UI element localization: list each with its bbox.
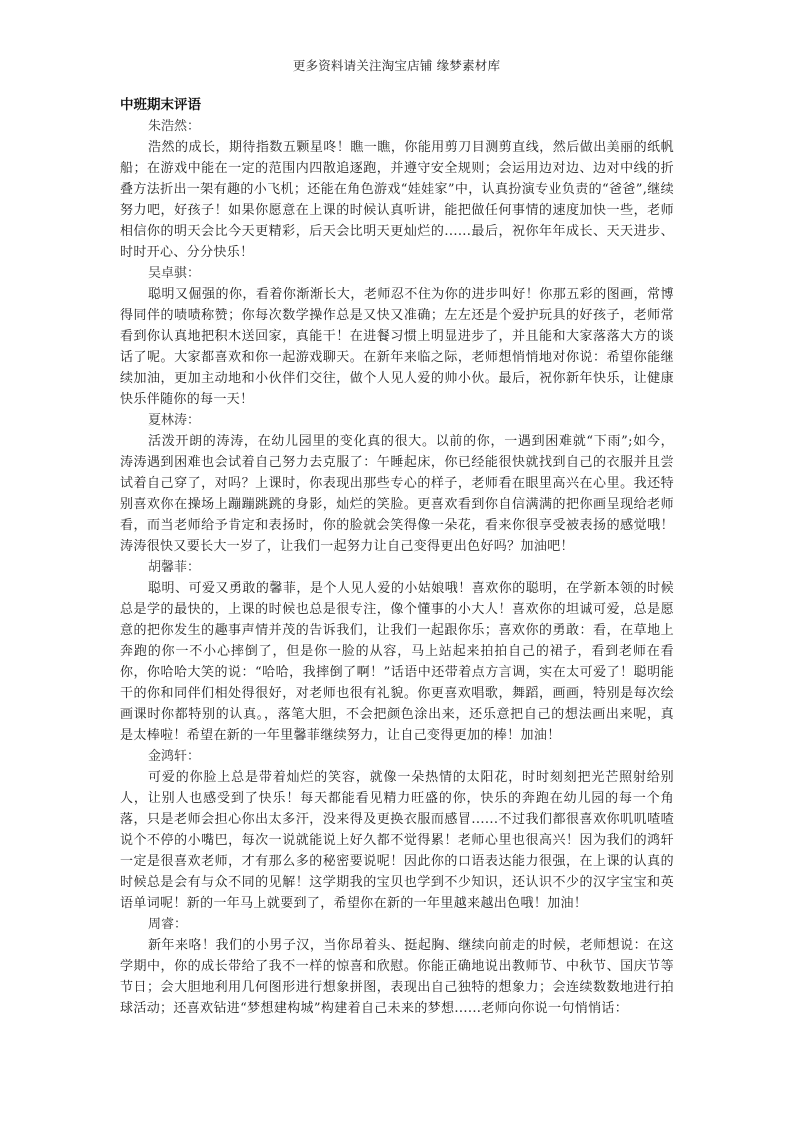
student-comment: 可爱的你脸上总是带着灿烂的笑容，就像一朵热情的太阳花，时时刻刻把光芒照射给别人，… — [120, 767, 674, 914]
student-name: 金鸿轩： — [120, 746, 674, 767]
student-name: 吴卓骐： — [120, 263, 674, 284]
student-name: 胡馨菲： — [120, 557, 674, 578]
student-name: 夏林涛： — [120, 410, 674, 431]
student-comment: 聪明、可爱又勇敢的馨菲，是个人见人爱的小姑娘哦！喜欢你的聪明，在学新本领的时候总… — [120, 578, 674, 746]
student-comment: 新年来咯！我们的小男子汉，当你昂着头、挺起胸、继续向前走的时候，老师想说：在这学… — [120, 935, 674, 1019]
document-body: 中班期末评语 朱浩然： 浩然的成长，期待指数五颗星咚！瞧一瞧，你能用剪刀目测剪直… — [120, 95, 674, 1019]
student-name: 朱浩然： — [120, 116, 674, 137]
page-header: 更多资料请关注淘宝店铺 缘梦素材库 — [0, 56, 793, 74]
student-comment: 浩然的成长，期待指数五颗星咚！瞧一瞧，你能用剪刀目测剪直线，然后做出美丽的纸帆船… — [120, 137, 674, 263]
student-name: 周睿： — [120, 914, 674, 935]
student-comment: 聪明又倔强的你，看着你渐渐长大，老师忍不住为你的进步叫好！你那五彩的图画，常博得… — [120, 284, 674, 410]
document-title: 中班期末评语 — [120, 95, 674, 116]
student-comment: 活泼开朗的涛涛，在幼儿园里的变化真的很大。以前的你，一遇到困难就“下雨”;如今，… — [120, 431, 674, 557]
